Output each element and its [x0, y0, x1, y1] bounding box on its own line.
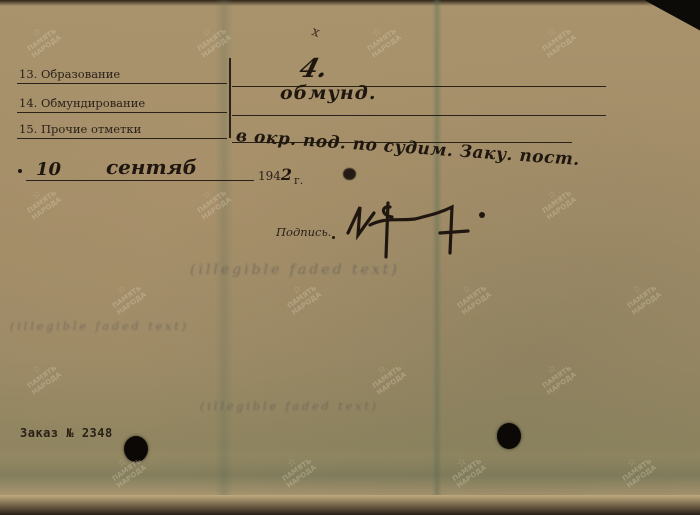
star-icon: ☆ — [21, 357, 53, 383]
field-rule — [17, 138, 227, 139]
record-card: х 13. Образование 14. Обмундирование 15.… — [0, 0, 700, 508]
signature-label: Подпись. — [276, 225, 331, 239]
watermark: ☆ПАМЯТЬНАРОДА — [361, 20, 403, 59]
field-label-other-notes: 15. Прочие отметки — [19, 122, 141, 136]
star-icon: ☆ — [21, 182, 53, 208]
faded-text: (illegible faded text) — [200, 400, 379, 413]
star-icon: ☆ — [621, 277, 653, 303]
watermark: ☆ПАМЯТЬНАРОДА — [21, 182, 63, 221]
value-education: 4. — [296, 54, 331, 84]
watermark: ☆ПАМЯТЬНАРОДА — [21, 20, 63, 59]
faded-text: (illegible faded text) — [190, 262, 400, 278]
field-uniform: 14. Обмундирование — [17, 93, 227, 113]
signature-dot — [332, 236, 335, 239]
star-icon: ☆ — [451, 277, 483, 303]
watermark: ☆ПАМЯТЬНАРОДА — [281, 277, 323, 316]
watermark: ☆ПАМЯТЬНАРОДА — [451, 277, 493, 316]
stray-mark: х — [310, 24, 322, 41]
star-icon: ☆ — [21, 20, 53, 46]
punch-hole-right — [497, 423, 521, 449]
watermark: ☆ПАМЯТЬНАРОДА — [536, 357, 578, 396]
date-day: 10 — [36, 159, 61, 180]
star-icon: ☆ — [536, 182, 568, 208]
value-uniform: обмунд. — [280, 82, 377, 104]
star-icon: ☆ — [536, 357, 568, 383]
watermark: ☆ПАМЯТЬНАРОДА — [536, 20, 578, 59]
bottom-stain — [0, 455, 700, 495]
value-rule-14 — [232, 115, 606, 116]
watermark: ☆ПАМЯТЬНАРОДА — [621, 277, 663, 316]
column-separator — [229, 58, 231, 138]
field-label-uniform: 14. Обмундирование — [19, 96, 145, 110]
order-number: Заказ № 2348 — [20, 426, 113, 440]
star-icon: ☆ — [106, 277, 138, 303]
field-rule — [17, 112, 227, 113]
card-bottom-edge — [0, 495, 700, 515]
watermark: ☆ПАМЯТЬНАРОДА — [536, 182, 578, 221]
punch-hole-left — [124, 436, 148, 462]
faded-text: (illegible faded text) — [10, 320, 189, 333]
field-label-education: 13. Образование — [19, 67, 120, 81]
watermark: ☆ПАМЯТЬНАРОДА — [366, 357, 408, 396]
star-icon: ☆ — [361, 20, 393, 46]
star-icon: ☆ — [281, 277, 313, 303]
field-other-notes: 15. Прочие отметки — [17, 119, 227, 139]
card-top-shadow — [0, 0, 700, 6]
watermark: ☆ПАМЯТЬНАРОДА — [21, 357, 63, 396]
field-education: 13. Образование — [17, 64, 227, 84]
watermark: ☆ПАМЯТЬНАРОДА — [106, 277, 148, 316]
field-rule — [17, 83, 227, 84]
date-month: сентяб — [106, 155, 197, 179]
date-year: 1942г. — [258, 165, 303, 184]
date-rule — [26, 180, 254, 181]
star-icon: ☆ — [536, 20, 568, 46]
ink-blot — [343, 168, 356, 180]
date-dot — [18, 169, 22, 173]
star-icon: ☆ — [366, 357, 398, 383]
date-line: 10 сентяб 1942г. — [18, 159, 318, 183]
